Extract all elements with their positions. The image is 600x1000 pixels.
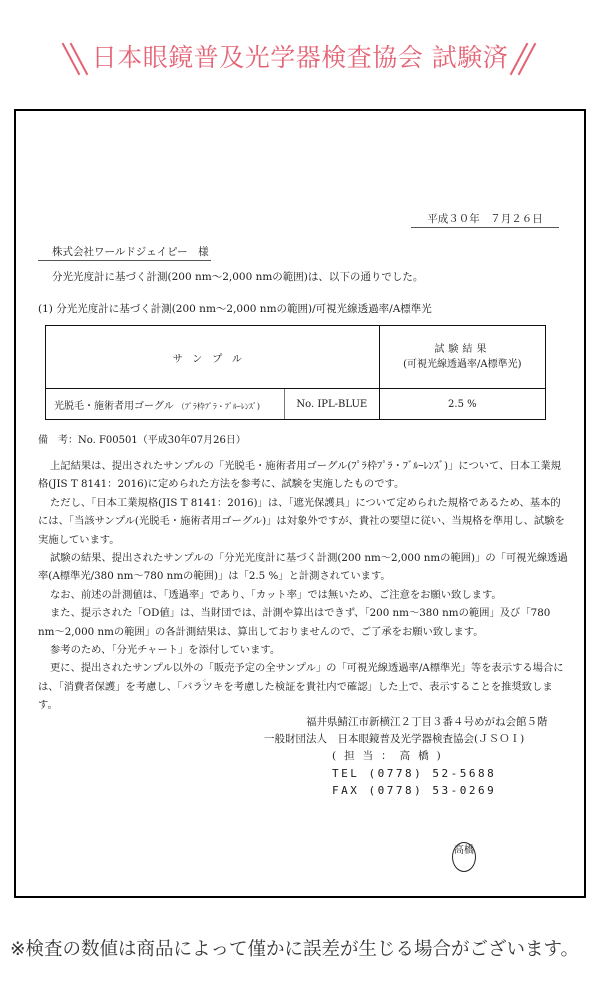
report-body: 上記結果は、提出されたサンプルの「光脱毛・施術者用ゴーグル(ﾌﾟﾗ枠ﾌﾟﾗ・ﾌﾞ… — [38, 457, 568, 715]
report-date: 平成３０年 ７月２６日 — [411, 211, 559, 228]
banner-title: 日本眼鏡普及光学器検査協会 試験済 — [92, 38, 508, 78]
sample-note: （ﾌﾟﾗ枠ﾌﾟﾗ・ﾌﾞﾙｰﾚﾝｽﾞ) — [177, 402, 260, 411]
issuer-person: (担当：高橋) — [264, 748, 564, 765]
footnote: ※検査の数値は商品によって僅かに誤差が生じる場合がございます。 — [10, 935, 579, 961]
section-heading: (1) 分光光度計に基づく計測(200 nm～2,000 nmの範囲)/可視光線… — [38, 301, 432, 316]
header-result-line2: (可視光線透過率/A標準光) — [381, 357, 544, 372]
paragraph-chart-attached: 参考のため、「分光チャート」を添付しています。 — [38, 641, 568, 659]
result-value: 2.5 % — [379, 389, 545, 420]
issuer-fax: FAX (0778) 53-0269 — [264, 782, 564, 799]
scan-speck: ⁖ — [202, 677, 206, 685]
header-result-line1: 試験結果 — [381, 342, 544, 357]
personal-seal-stamp-icon: 高橋 — [452, 842, 476, 872]
header-sample: サンプル — [46, 326, 380, 389]
test-report-document: 平成３０年 ７月２６日 株式会社ワールドジェイピー 様 分光光度計に基づく計測(… — [14, 109, 586, 898]
sample-name: 光脱毛・施術者用ゴーグル — [54, 401, 174, 412]
certification-banner: 日本眼鏡普及光学器検査協会 試験済 — [0, 38, 600, 78]
header-result: 試験結果 (可視光線透過率/A標準光) — [379, 326, 545, 389]
table-header-row: サンプル 試験結果 (可視光線透過率/A標準光) — [46, 326, 546, 389]
paragraph-result-basis: 上記結果は、提出されたサンプルの「光脱毛・施術者用ゴーグル(ﾌﾟﾗ枠ﾌﾟﾗ・ﾌﾞ… — [38, 457, 568, 494]
results-table: サンプル 試験結果 (可視光線透過率/A標準光) 光脱毛・施術者用ゴーグル （ﾌ… — [45, 325, 546, 420]
model-number: No. IPL-BLUE — [284, 389, 379, 420]
addressee: 株式会社ワールドジェイピー 様 — [38, 244, 211, 261]
decorative-slash-left-icon — [65, 38, 87, 78]
table-row: 光脱毛・施術者用ゴーグル （ﾌﾟﾗ枠ﾌﾟﾗ・ﾌﾞﾙｰﾚﾝｽﾞ) No. IPL-… — [46, 389, 546, 420]
paragraph-standard-note: ただし、「日本工業規格(JIS T 8141：2016)」は、「遮光保護具」につ… — [38, 494, 568, 549]
issuer-address: 福井県鯖江市新横江２丁目３番４号めがね会館５階 — [264, 714, 564, 731]
issuer-organization: 一般財団法人 日本眼鏡普及光学器検査協会(ＪＳＯＩ) — [264, 731, 564, 748]
paragraph-od-note: また、提示された「OD値」は、当財団では、計測や算出はできず、「200 nm～3… — [38, 604, 568, 641]
paragraph-measurement: 試験の結果、提出されたサンプルの「分光光度計に基づく計測(200 nm～2,00… — [38, 549, 568, 586]
paragraph-transmittance-note: なお、前述の計測値は、「透過率」であり、「カット率」では無いため、ご注意をお願い… — [38, 586, 568, 604]
issuer-block: 福井県鯖江市新横江２丁目３番４号めがね会館５階 一般財団法人 日本眼鏡普及光学器… — [264, 714, 564, 799]
decorative-slash-right-icon — [513, 38, 535, 78]
paragraph-recommendation: 更に、提出されたサンプル以外の「販売予定の全サンプル」の「可視光線透過率/A標準… — [38, 659, 568, 714]
intro-text: 分光光度計に基づく計測(200 nm～2,000 nmの範囲)は、以下の通りでし… — [52, 269, 423, 284]
issuer-tel: TEL (0778) 52-5688 — [264, 765, 564, 782]
sample-name-cell: 光脱毛・施術者用ゴーグル （ﾌﾟﾗ枠ﾌﾟﾗ・ﾌﾞﾙｰﾚﾝｽﾞ) — [46, 389, 285, 420]
remark: 備 考：No. F00501（平成30年07月26日） — [38, 431, 246, 446]
